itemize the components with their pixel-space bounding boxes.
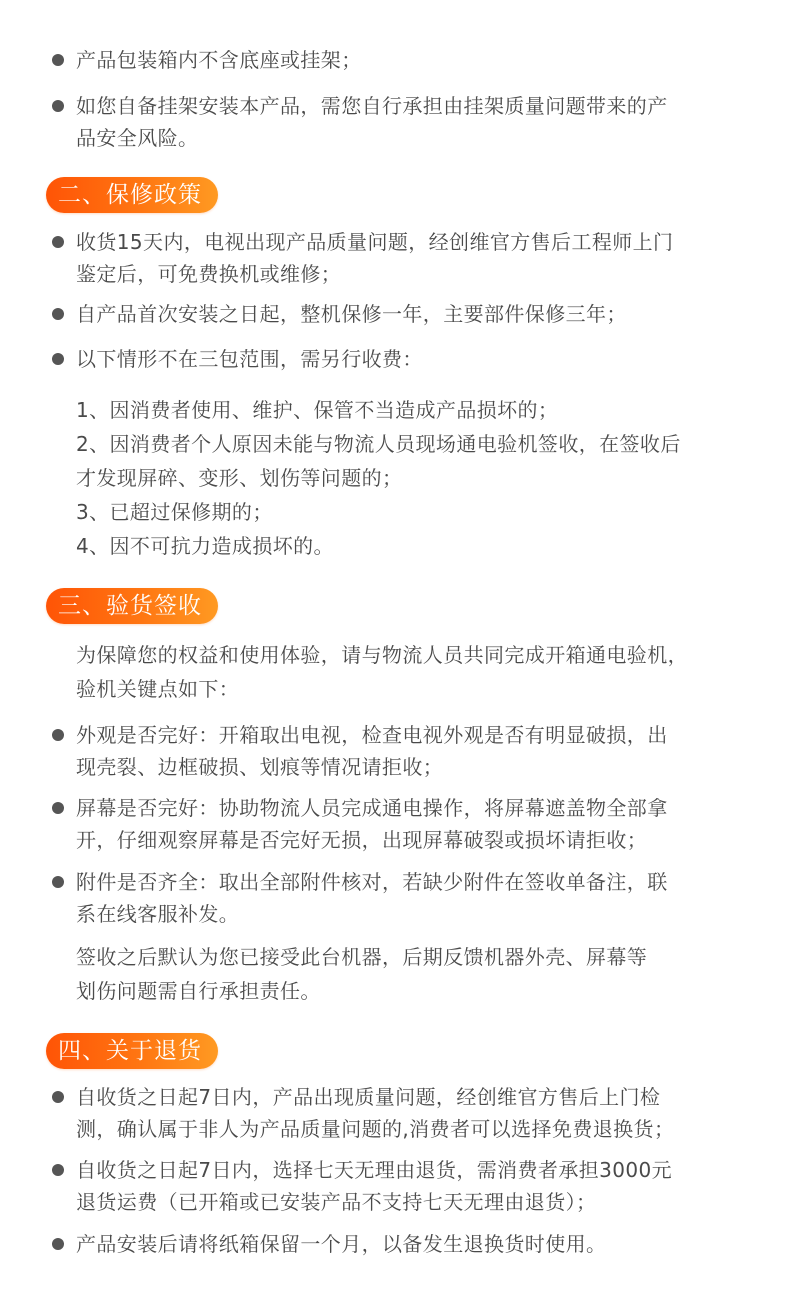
bullet-dot-icon: [52, 1238, 64, 1250]
note-text: 签收之后默认为您已接受此台机器，后期反馈机器外壳、屏幕等: [76, 941, 647, 973]
bullet-text: 屏幕是否完好：协助物流人员完成通电操作，将屏幕遮盖物全部拿: [76, 792, 668, 824]
section-heading: 三、验货签收: [58, 588, 202, 624]
note-text: 划伤问题需自行承担责任。: [76, 975, 321, 1007]
section-heading: 二、保修政策: [58, 177, 202, 213]
exclusion-item: 1、因消费者使用、维护、保管不当造成产品损坏的；: [76, 394, 558, 426]
bullet-text: 退货运费（已开箱或已安装产品不支持七天无理由退货）；: [76, 1186, 596, 1218]
bullet-dot-icon: [52, 100, 64, 112]
bullet-text: 开，仔细观察屏幕是否完好无损，出现屏幕破裂或损坏请拒收；: [76, 824, 647, 856]
intro-text: 为保障您的权益和使用体验，请与物流人员共同完成开箱通电验机，: [76, 639, 688, 671]
bullet-text: 自收货之日起7日内，产品出现质量问题，经创维官方售后上门检: [76, 1081, 660, 1113]
bullet-text: 自收货之日起7日内，选择七天无理由退货，需消费者承担3000元: [76, 1154, 672, 1186]
bullet-dot-icon: [52, 729, 64, 741]
bullet-dot-icon: [52, 236, 64, 248]
section-heading-badge: 二、保修政策: [46, 177, 218, 213]
bullet-text: 现壳裂、边框破损、划痕等情况请拒收；: [76, 751, 443, 783]
bullet-text: 测，确认属于非人为产品质量问题的,消费者可以选择免费退换货；: [76, 1113, 674, 1145]
bullet-text: 产品包装箱内不含底座或挂架；: [76, 44, 362, 76]
bullet-text: 鉴定后，可免费换机或维修；: [76, 258, 341, 290]
bullet-dot-icon: [52, 802, 64, 814]
bullet-text: 自产品首次安装之日起，整机保修一年，主要部件保修三年；: [76, 298, 627, 330]
exclusion-item: 才发现屏碎、变形、划伤等问题的；: [76, 462, 402, 494]
bullet-dot-icon: [52, 54, 64, 66]
exclusion-item: 2、因消费者个人原因未能与物流人员现场通电验机签收，在签收后: [76, 428, 681, 460]
bullet-dot-icon: [52, 353, 64, 365]
bullet-text: 如您自备挂架安装本产品，需您自行承担由挂架质量问题带来的产: [76, 90, 668, 122]
intro-text: 验机关键点如下：: [76, 673, 239, 705]
bullet-dot-icon: [52, 1091, 64, 1103]
bullet-text: 外观是否完好：开箱取出电视，检查电视外观是否有明显破损，出: [76, 719, 668, 751]
exclusion-item: 4、因不可抗力造成损坏的。: [76, 530, 334, 562]
section-heading: 四、关于退货: [58, 1033, 202, 1069]
exclusion-item: 3、已超过保修期的；: [76, 496, 273, 528]
bullet-text: 以下情形不在三包范围，需另行收费：: [76, 343, 423, 375]
bullet-dot-icon: [52, 876, 64, 888]
bullet-text: 附件是否齐全：取出全部附件核对，若缺少附件在签收单备注，联: [76, 866, 668, 898]
section-heading-badge: 四、关于退货: [46, 1033, 218, 1069]
section-heading-badge: 三、验货签收: [46, 588, 218, 624]
bullet-text: 品安全风险。: [76, 122, 198, 154]
bullet-dot-icon: [52, 308, 64, 320]
bullet-text: 系在线客服补发。: [76, 898, 239, 930]
policy-document: 产品包装箱内不含底座或挂架； 如您自备挂架安装本产品，需您自行承担由挂架质量问题…: [0, 0, 790, 1292]
bullet-dot-icon: [52, 1164, 64, 1176]
bullet-text: 收货15天内，电视出现产品质量问题，经创维官方售后工程师上门: [76, 226, 673, 258]
bullet-text: 产品安装后请将纸箱保留一个月，以备发生退换货时使用。: [76, 1228, 606, 1260]
